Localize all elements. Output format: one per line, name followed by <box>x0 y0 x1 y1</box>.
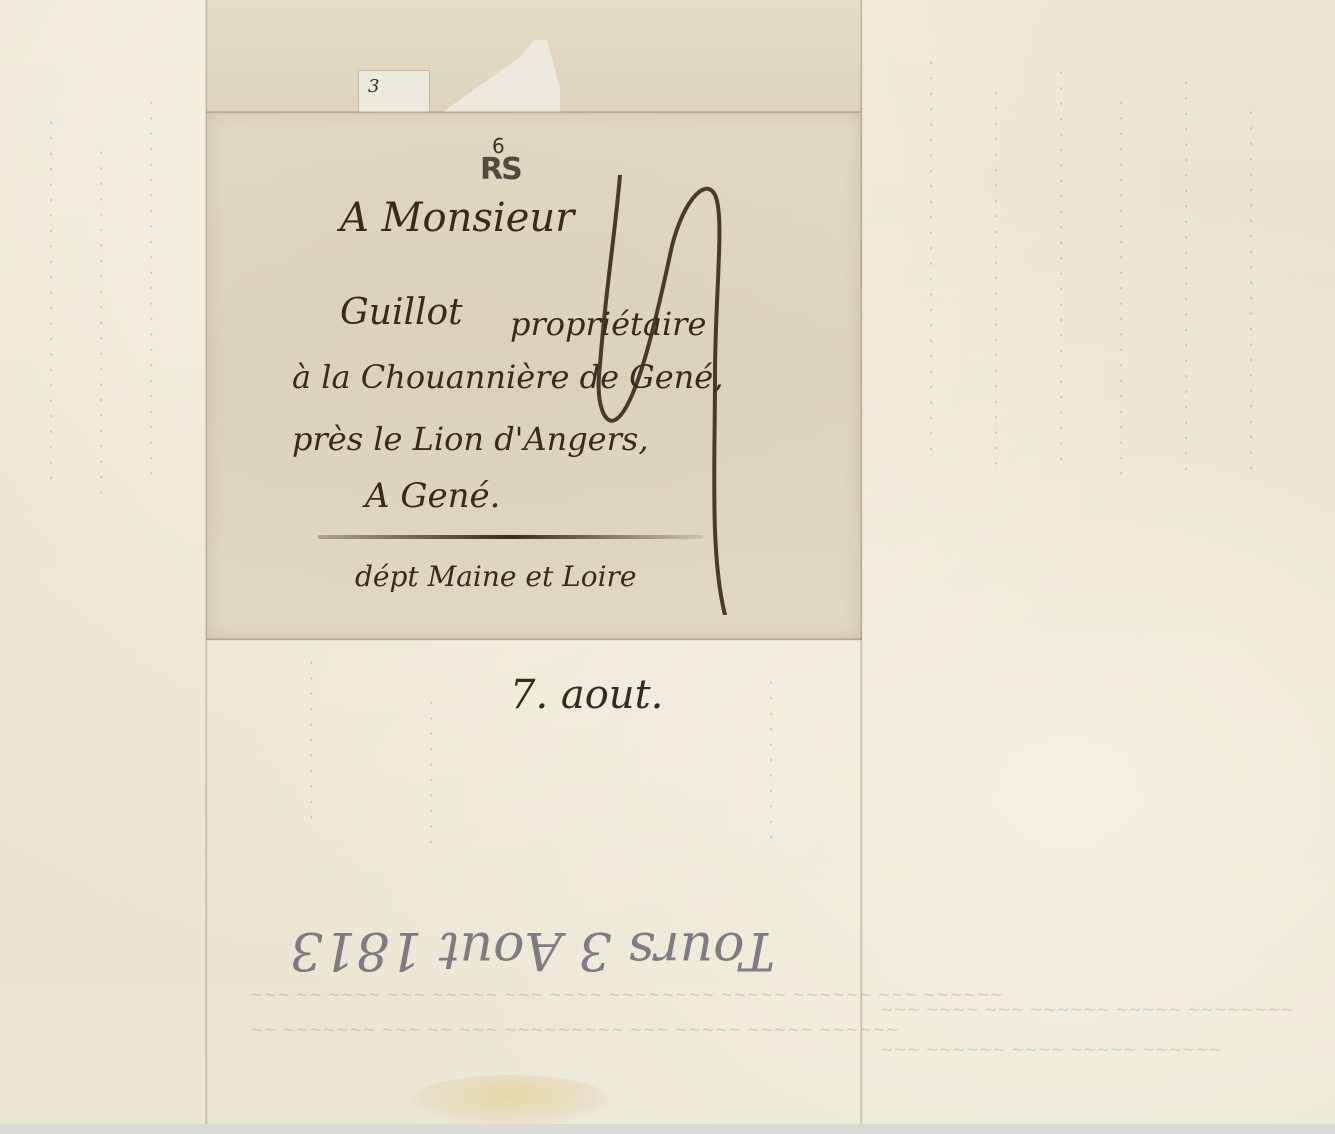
wax-seal-stain <box>410 1075 610 1125</box>
docket-date-note: 7. aout. <box>510 672 663 718</box>
fold-line-middle <box>206 638 862 641</box>
fold-line-right <box>860 0 863 1124</box>
address-estate: à la Chouannière de Gené, <box>292 358 723 396</box>
address-town: A Gené. <box>365 476 500 516</box>
postmark-department: RS <box>480 152 521 187</box>
address-flourish-rule <box>318 535 703 539</box>
scan-bottom-edge <box>0 1124 1335 1134</box>
pencil-archival-note: Tours 3 Aout 1813 <box>255 920 810 980</box>
address-salutation: A Monsieur <box>340 195 574 241</box>
address-near: près le Lion d'Angers, <box>292 420 649 458</box>
fold-line-top <box>206 111 862 114</box>
address-recipient-name: Guillot <box>340 292 463 333</box>
flap-mark: 3 <box>368 76 379 97</box>
fold-line-left <box>205 0 208 1124</box>
address-department: dépt Maine et Loire <box>355 560 636 593</box>
address-recipient-title: propriétaire <box>510 305 706 343</box>
